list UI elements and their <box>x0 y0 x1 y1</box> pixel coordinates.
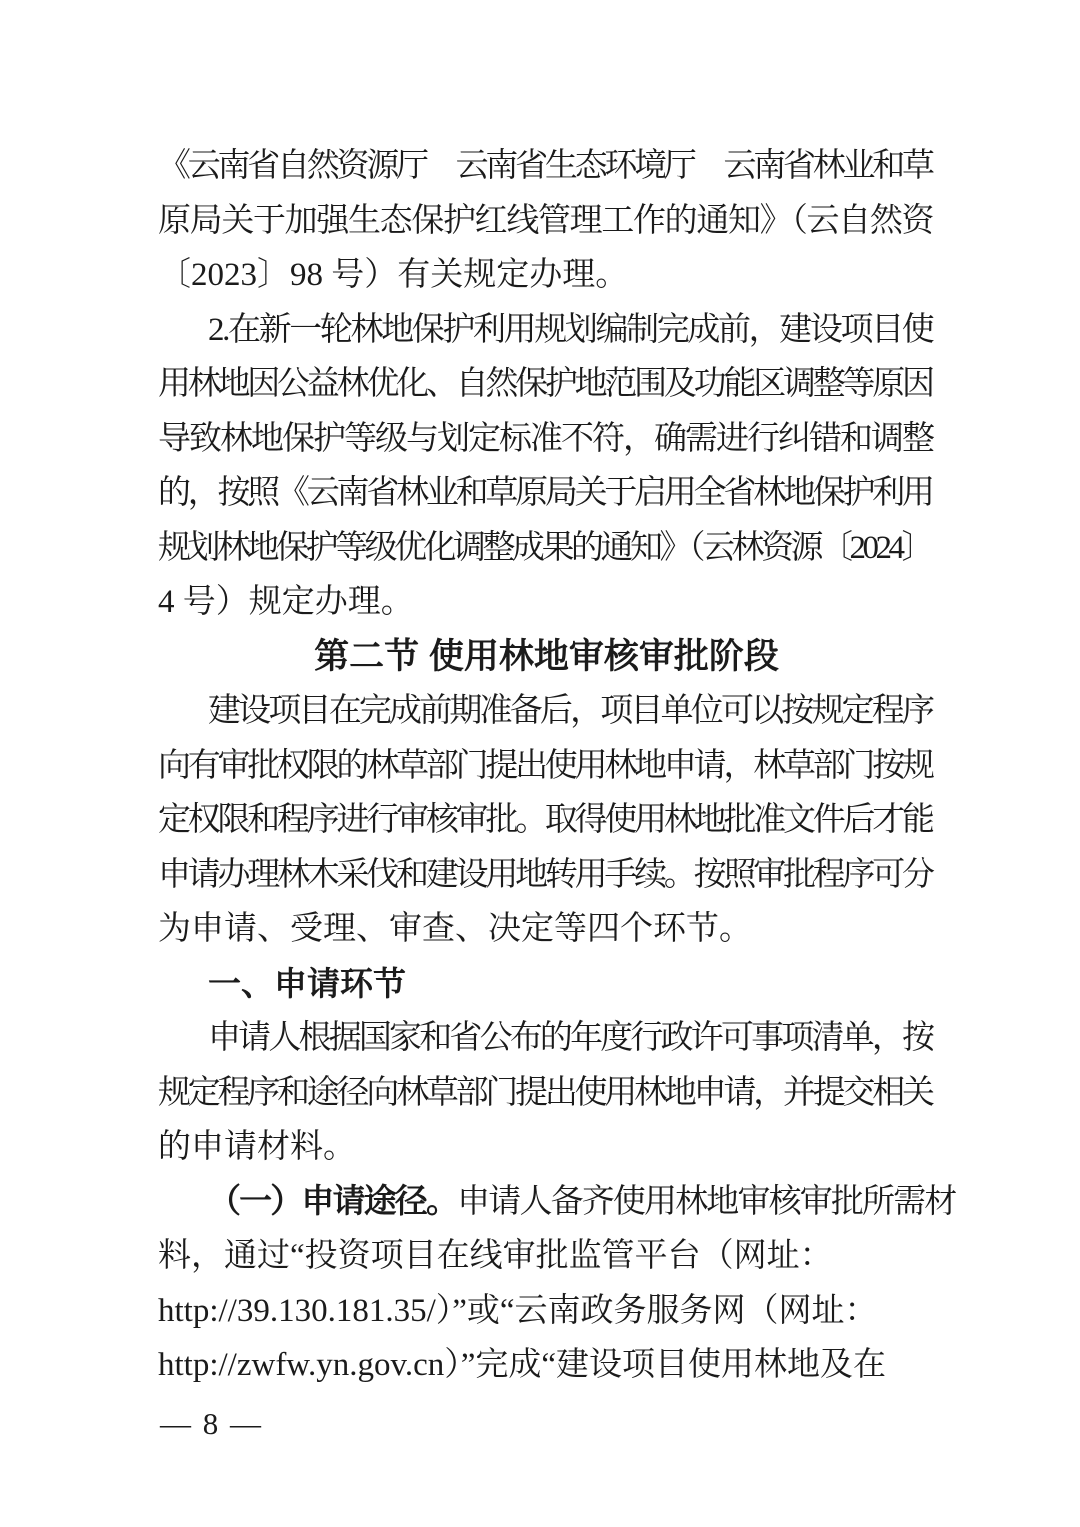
text-line: http://39.130.181.35/）”或“云南政务服务网（网址： <box>158 1284 935 1339</box>
page-number: — 8 — <box>160 1406 263 1442</box>
subsection-heading: 一、申请环节 <box>158 957 935 1012</box>
text-line: 规划林地保护等级优化调整成果的通知》（云林资源〔2024〕 <box>158 521 935 576</box>
text-line: 导致林地保护等级与划定标准不符，确需进行纠错和调整 <box>158 412 935 467</box>
text-line: http://zwfw.yn.gov.cn）”完成“建设项目使用林地及在 <box>158 1338 935 1393</box>
text-line: （一）申请途径。申请人备齐使用林地审核审批所需材 <box>158 1175 935 1230</box>
text-run: 申请人备齐使用林地审核审批所需材 <box>457 1184 955 1220</box>
text-line: 向有审批权限的林草部门提出使用林地申请，林草部门按规 <box>158 739 935 794</box>
text-line: 定权限和程序进行审核审批。取得使用林地批准文件后才能 <box>158 793 935 848</box>
text-line: 的申请材料。 <box>158 1120 935 1175</box>
text-line: 2.在新一轮林地保护利用规划编制完成前，建设项目使 <box>158 303 935 358</box>
text-line: 申请人根据国家和省公布的年度行政许可事项清单，按 <box>158 1011 935 1066</box>
text-line: 规定程序和途径向林草部门提出使用林地申请，并提交相关 <box>158 1066 935 1121</box>
text-line: 的，按照《云南省林业和草原局关于启用全省林地保护利用 <box>158 466 935 521</box>
text-line: 4 号）规定办理。 <box>158 575 935 630</box>
section-heading: 第二节 使用林地审核审批阶段 <box>158 630 935 685</box>
text-line: 料，通过“投资项目在线审批监管平台（网址： <box>158 1229 935 1284</box>
text-line: 《云南省自然资源厅 云南省生态环境厅 云南省林业和草 <box>158 139 935 194</box>
list-item-label: （一）申请途径。 <box>208 1184 457 1220</box>
document-body: 《云南省自然资源厅 云南省生态环境厅 云南省林业和草 原局关于加强生态保护红线管… <box>158 139 935 1393</box>
text-line: 〔2023〕98 号）有关规定办理。 <box>158 248 935 303</box>
text-line: 为申请、受理、审查、决定等四个环节。 <box>158 902 935 957</box>
document-page: 《云南省自然资源厅 云南省生态环境厅 云南省林业和草 原局关于加强生态保护红线管… <box>0 0 1080 1527</box>
text-line: 原局关于加强生态保护红线管理工作的通知》（云自然资 <box>158 194 935 249</box>
text-line: 建设项目在完成前期准备后，项目单位可以按规定程序 <box>158 684 935 739</box>
text-line: 用林地因公益林优化、自然保护地范围及功能区调整等原因 <box>158 357 935 412</box>
text-line: 申请办理林木采伐和建设用地转用手续。按照审批程序可分 <box>158 848 935 903</box>
